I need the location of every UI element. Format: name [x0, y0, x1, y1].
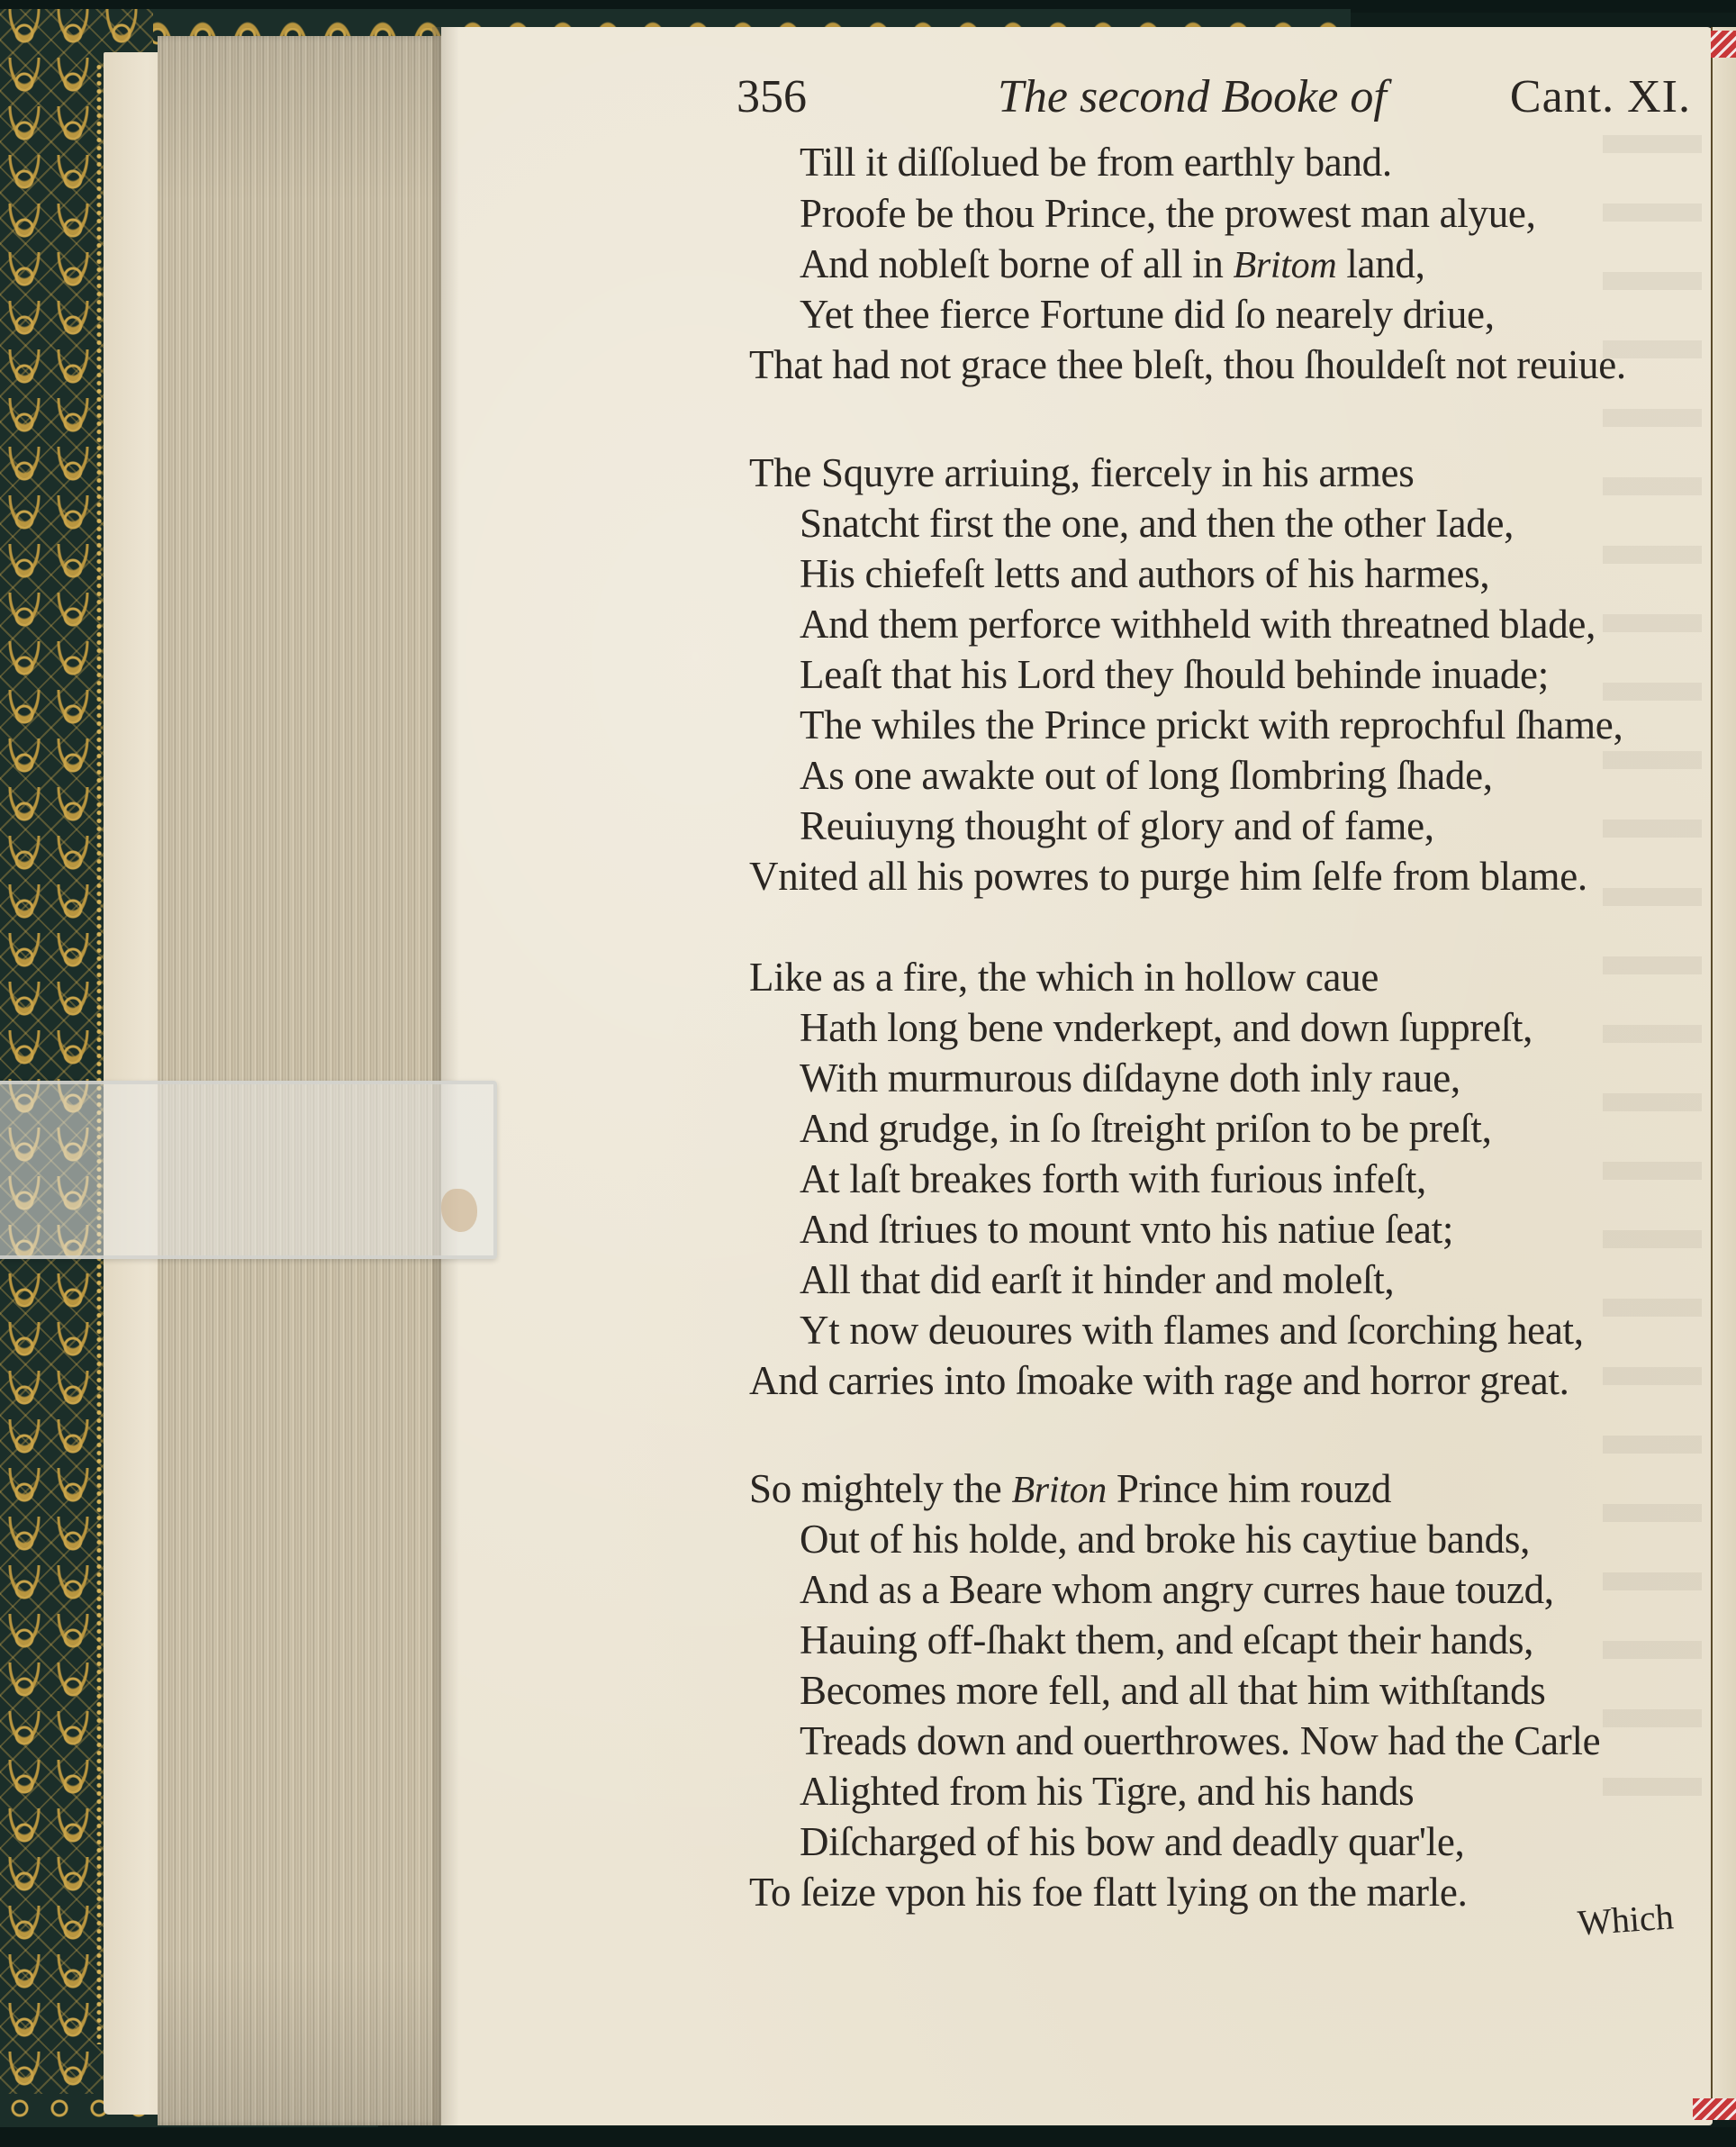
headband-ribbon-bottom	[1693, 2098, 1736, 2120]
verse-line: Yt now deuoures with flames and ſcorchin…	[800, 1308, 1584, 1353]
italic-name: Briton	[1011, 1470, 1107, 1511]
verse-line: And them perforce withheld with threatne…	[800, 602, 1596, 647]
verse-line: All that did earſt it hinder and moleſt,	[800, 1257, 1394, 1302]
verse-line: And grudge, in ſo ſtreight priſon to be …	[800, 1106, 1492, 1151]
verse-line: Proofe be thou Prince, the prowest man a…	[800, 191, 1536, 236]
verse-line: With murmurous diſdayne doth inly raue,	[800, 1055, 1460, 1101]
gilt-dotted-fillet	[95, 63, 103, 2044]
verse-text: land,	[1336, 241, 1424, 286]
verse-line: So mightely the Briton Prince him rouzd	[749, 1466, 1391, 1513]
verse-line: Yet thee fierce Fortune did ſo nearely d…	[800, 292, 1495, 337]
verse-line: Snatcht first the one, and then the othe…	[800, 501, 1514, 546]
verse-line: His chiefeſt letts and authors of his ha…	[800, 551, 1489, 596]
verse-line: And carries into ſmoake with rage and ho…	[749, 1358, 1569, 1403]
verse-line: To ſeize vpon his foe flatt lying on the…	[749, 1870, 1468, 1915]
dark-background-bottom	[0, 2127, 1736, 2147]
clip-stain	[441, 1189, 477, 1232]
verse-line: Alighted from his Tigre, and his hands	[800, 1769, 1414, 1814]
verse-line: Vnited all his powres to purge him ſelfe…	[749, 854, 1587, 899]
verse-line: Out of his holde, and broke his caytiue …	[800, 1517, 1530, 1562]
verse-line: Till it diſſolued be from earthly band.	[800, 140, 1392, 185]
verse-line: As one awakte out of long ſlombring ſhad…	[800, 753, 1493, 798]
verse-line: Leaſt that his Lord they ſhould behinde …	[800, 652, 1549, 697]
headband-ribbon-top	[1711, 31, 1736, 58]
verse-line: That had not grace thee bleſt, thou ſhou…	[749, 342, 1626, 387]
gutter-shadow	[432, 27, 459, 2125]
page-number: 356	[737, 70, 807, 123]
canto-label: Cant. XI.	[1510, 70, 1691, 123]
transparent-page-clip	[0, 1081, 497, 1259]
italic-name: Britom	[1234, 245, 1337, 286]
verse-line: Becomes more fell, and all that him with…	[800, 1668, 1546, 1713]
verse-line: And as a Beare whom angry curres haue to…	[800, 1567, 1554, 1612]
verse-line: Diſcharged of his bow and deadly quar'le…	[800, 1819, 1465, 1864]
verse-line: Reuiuyng thought of glory and of fame,	[800, 803, 1434, 848]
running-title: The second Booke of	[998, 70, 1387, 123]
verse-line: Hath long bene vnderkept, and down ſuppr…	[800, 1005, 1533, 1050]
verse-line: And ſtriues to mount vnto his natiue ſea…	[800, 1207, 1453, 1252]
verse-text: So mightely the	[749, 1466, 1011, 1511]
facing-page-edge	[1711, 27, 1736, 2116]
verse-text: Prince him rouzd	[1107, 1466, 1391, 1511]
verse-line: Treads down and ouerthrowes. Now had the…	[800, 1718, 1600, 1763]
verse-text: And nobleſt borne of all in	[800, 241, 1234, 286]
verse-line: And nobleſt borne of all in Britom land,	[800, 241, 1425, 288]
catchword: Which	[1576, 1895, 1675, 1943]
page-header: 356 The second Booke of Cant. XI.	[737, 70, 1691, 133]
verse-line: Like as a fire, the which in hollow caue	[749, 955, 1379, 1000]
verse-line: At laſt breakes forth with furious infeſ…	[800, 1156, 1426, 1201]
verse-line: The whiles the Prince prickt with reproc…	[800, 702, 1623, 747]
verse-line: The Squyre arriuing, fiercely in his arm…	[749, 450, 1414, 495]
verse-line: Hauing off-ſhakt them, and eſcapt their …	[800, 1617, 1533, 1662]
